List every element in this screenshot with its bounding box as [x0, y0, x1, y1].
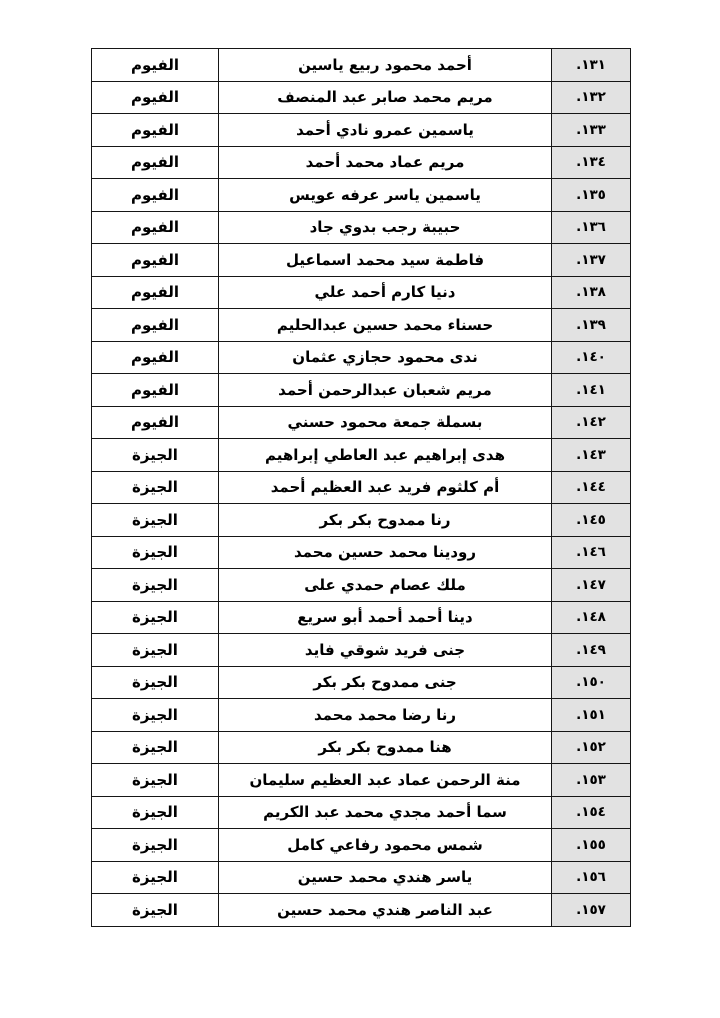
- table-row: ١٣٥.ياسمين ياسر عرفه عويسالفيوم: [92, 179, 631, 212]
- full-name-cell: عبد الناصر هندي محمد حسين: [219, 894, 552, 927]
- serial-number-cell: ١٤٣.: [552, 439, 631, 472]
- serial-number-cell: ١٥٣.: [552, 764, 631, 797]
- full-name-cell: مريم محمد صابر عبد المنصف: [219, 81, 552, 114]
- serial-number-cell: ١٣٥.: [552, 179, 631, 212]
- serial-number-cell: ١٤٧.: [552, 569, 631, 602]
- full-name-cell: ياسمين ياسر عرفه عويس: [219, 179, 552, 212]
- serial-number-cell: ١٤٢.: [552, 406, 631, 439]
- governorate-cell: الفيوم: [92, 179, 219, 212]
- table-row: ١٥٧.عبد الناصر هندي محمد حسينالجيزة: [92, 894, 631, 927]
- table-row: ١٤٩.جنى فريد شوقي فايدالجيزة: [92, 634, 631, 667]
- full-name-cell: ياسر هندي محمد حسين: [219, 861, 552, 894]
- governorate-cell: الفيوم: [92, 49, 219, 82]
- full-name-cell: دينا أحمد أحمد أبو سريع: [219, 601, 552, 634]
- table-row: ١٥٢.هنا ممدوح بكر بكرالجيزة: [92, 731, 631, 764]
- full-name-cell: منة الرحمن عماد عبد العظيم سليمان: [219, 764, 552, 797]
- table-row: ١٣٦.حبيبة رجب بدوي جادالفيوم: [92, 211, 631, 244]
- table-row: ١٤٥.رنا ممدوح بكر بكرالجيزة: [92, 504, 631, 537]
- governorate-cell: الجيزة: [92, 829, 219, 862]
- serial-number-cell: ١٥٠.: [552, 666, 631, 699]
- table-row: ١٥٠.جنى ممدوح بكر بكرالجيزة: [92, 666, 631, 699]
- governorate-cell: الفيوم: [92, 146, 219, 179]
- governorate-cell: الفيوم: [92, 114, 219, 147]
- table-row: ١٣٤.مريم عماد محمد أحمدالفيوم: [92, 146, 631, 179]
- full-name-cell: مريم عماد محمد أحمد: [219, 146, 552, 179]
- table-row: ١٣٨.دنيا كارم أحمد عليالفيوم: [92, 276, 631, 309]
- table-row: ١٤٠.ندى محمود حجازي عثمانالفيوم: [92, 341, 631, 374]
- governorate-cell: الفيوم: [92, 211, 219, 244]
- serial-number-cell: ١٥٤.: [552, 796, 631, 829]
- serial-number-cell: ١٣٩.: [552, 309, 631, 342]
- full-name-cell: رنا ممدوح بكر بكر: [219, 504, 552, 537]
- full-name-cell: سما أحمد مجدي محمد عبد الكريم: [219, 796, 552, 829]
- governorate-cell: الجيزة: [92, 601, 219, 634]
- table-row: ١٣٣.ياسمين عمرو نادي أحمدالفيوم: [92, 114, 631, 147]
- full-name-cell: حسناء محمد حسين عبدالحليم: [219, 309, 552, 342]
- serial-number-cell: ١٣٦.: [552, 211, 631, 244]
- serial-number-cell: ١٣٣.: [552, 114, 631, 147]
- full-name-cell: أحمد محمود ربيع ياسين: [219, 49, 552, 82]
- serial-number-cell: ١٣١.: [552, 49, 631, 82]
- governorate-cell: الفيوم: [92, 244, 219, 277]
- table-row: ١٣١.أحمد محمود ربيع ياسينالفيوم: [92, 49, 631, 82]
- governorate-cell: الجيزة: [92, 796, 219, 829]
- serial-number-cell: ١٤٦.: [552, 536, 631, 569]
- table-row: ١٥٣.منة الرحمن عماد عبد العظيم سليمانالج…: [92, 764, 631, 797]
- table-row: ١٤٣.هدى إبراهيم عبد العاطي إبراهيمالجيزة: [92, 439, 631, 472]
- table-row: ١٣٩.حسناء محمد حسين عبدالحليمالفيوم: [92, 309, 631, 342]
- governorate-cell: الجيزة: [92, 731, 219, 764]
- full-name-cell: رودينا محمد حسين محمد: [219, 536, 552, 569]
- table-row: ١٣٧.فاطمة سيد محمد اسماعيلالفيوم: [92, 244, 631, 277]
- roster-table-body: ١٣١.أحمد محمود ربيع ياسينالفيوم١٣٢.مريم …: [92, 49, 631, 927]
- table-row: ١٥١.رنا رضا محمد محمدالجيزة: [92, 699, 631, 732]
- serial-number-cell: ١٣٨.: [552, 276, 631, 309]
- serial-number-cell: ١٣٤.: [552, 146, 631, 179]
- serial-number-cell: ١٥١.: [552, 699, 631, 732]
- table-row: ١٤١.مريم شعبان عبدالرحمن أحمدالفيوم: [92, 374, 631, 407]
- serial-number-cell: ١٥٢.: [552, 731, 631, 764]
- governorate-cell: الفيوم: [92, 406, 219, 439]
- serial-number-cell: ١٤٤.: [552, 471, 631, 504]
- full-name-cell: هدى إبراهيم عبد العاطي إبراهيم: [219, 439, 552, 472]
- full-name-cell: ملك عصام حمدي على: [219, 569, 552, 602]
- serial-number-cell: ١٤٨.: [552, 601, 631, 634]
- serial-number-cell: ١٤٥.: [552, 504, 631, 537]
- serial-number-cell: ١٤٩.: [552, 634, 631, 667]
- governorate-cell: الجيزة: [92, 666, 219, 699]
- governorate-cell: الجيزة: [92, 699, 219, 732]
- governorate-cell: الفيوم: [92, 309, 219, 342]
- serial-number-cell: ١٤٠.: [552, 341, 631, 374]
- table-row: ١٤٤.أم كلثوم فريد عبد العظيم أحمدالجيزة: [92, 471, 631, 504]
- full-name-cell: حبيبة رجب بدوي جاد: [219, 211, 552, 244]
- table-row: ١٤٦.رودينا محمد حسين محمدالجيزة: [92, 536, 631, 569]
- full-name-cell: شمس محمود رفاعي كامل: [219, 829, 552, 862]
- full-name-cell: جنى فريد شوقي فايد: [219, 634, 552, 667]
- governorate-cell: الجيزة: [92, 536, 219, 569]
- table-row: ١٤٨.دينا أحمد أحمد أبو سريعالجيزة: [92, 601, 631, 634]
- governorate-cell: الجيزة: [92, 861, 219, 894]
- table-row: ١٥٥.شمس محمود رفاعي كاملالجيزة: [92, 829, 631, 862]
- governorate-cell: الجيزة: [92, 894, 219, 927]
- table-row: ١٥٦.ياسر هندي محمد حسينالجيزة: [92, 861, 631, 894]
- governorate-cell: الفيوم: [92, 341, 219, 374]
- governorate-cell: الجيزة: [92, 764, 219, 797]
- governorate-cell: الجيزة: [92, 569, 219, 602]
- full-name-cell: دنيا كارم أحمد علي: [219, 276, 552, 309]
- full-name-cell: ندى محمود حجازي عثمان: [219, 341, 552, 374]
- serial-number-cell: ١٤١.: [552, 374, 631, 407]
- full-name-cell: رنا رضا محمد محمد: [219, 699, 552, 732]
- serial-number-cell: ١٥٦.: [552, 861, 631, 894]
- governorate-cell: الفيوم: [92, 81, 219, 114]
- full-name-cell: بسملة جمعة محمود حسني: [219, 406, 552, 439]
- governorate-cell: الجيزة: [92, 634, 219, 667]
- table-row: ١٤٧.ملك عصام حمدي علىالجيزة: [92, 569, 631, 602]
- full-name-cell: فاطمة سيد محمد اسماعيل: [219, 244, 552, 277]
- governorate-cell: الجيزة: [92, 471, 219, 504]
- table-row: ١٣٢.مريم محمد صابر عبد المنصفالفيوم: [92, 81, 631, 114]
- table-row: ١٤٢.بسملة جمعة محمود حسنيالفيوم: [92, 406, 631, 439]
- full-name-cell: مريم شعبان عبدالرحمن أحمد: [219, 374, 552, 407]
- full-name-cell: ياسمين عمرو نادي أحمد: [219, 114, 552, 147]
- names-roster-table: ١٣١.أحمد محمود ربيع ياسينالفيوم١٣٢.مريم …: [91, 48, 631, 927]
- governorate-cell: الفيوم: [92, 374, 219, 407]
- serial-number-cell: ١٥٧.: [552, 894, 631, 927]
- governorate-cell: الفيوم: [92, 276, 219, 309]
- full-name-cell: أم كلثوم فريد عبد العظيم أحمد: [219, 471, 552, 504]
- serial-number-cell: ١٥٥.: [552, 829, 631, 862]
- serial-number-cell: ١٣٢.: [552, 81, 631, 114]
- governorate-cell: الجيزة: [92, 439, 219, 472]
- document-page: ١٣١.أحمد محمود ربيع ياسينالفيوم١٣٢.مريم …: [0, 0, 720, 1018]
- governorate-cell: الجيزة: [92, 504, 219, 537]
- table-row: ١٥٤.سما أحمد مجدي محمد عبد الكريمالجيزة: [92, 796, 631, 829]
- full-name-cell: هنا ممدوح بكر بكر: [219, 731, 552, 764]
- full-name-cell: جنى ممدوح بكر بكر: [219, 666, 552, 699]
- serial-number-cell: ١٣٧.: [552, 244, 631, 277]
